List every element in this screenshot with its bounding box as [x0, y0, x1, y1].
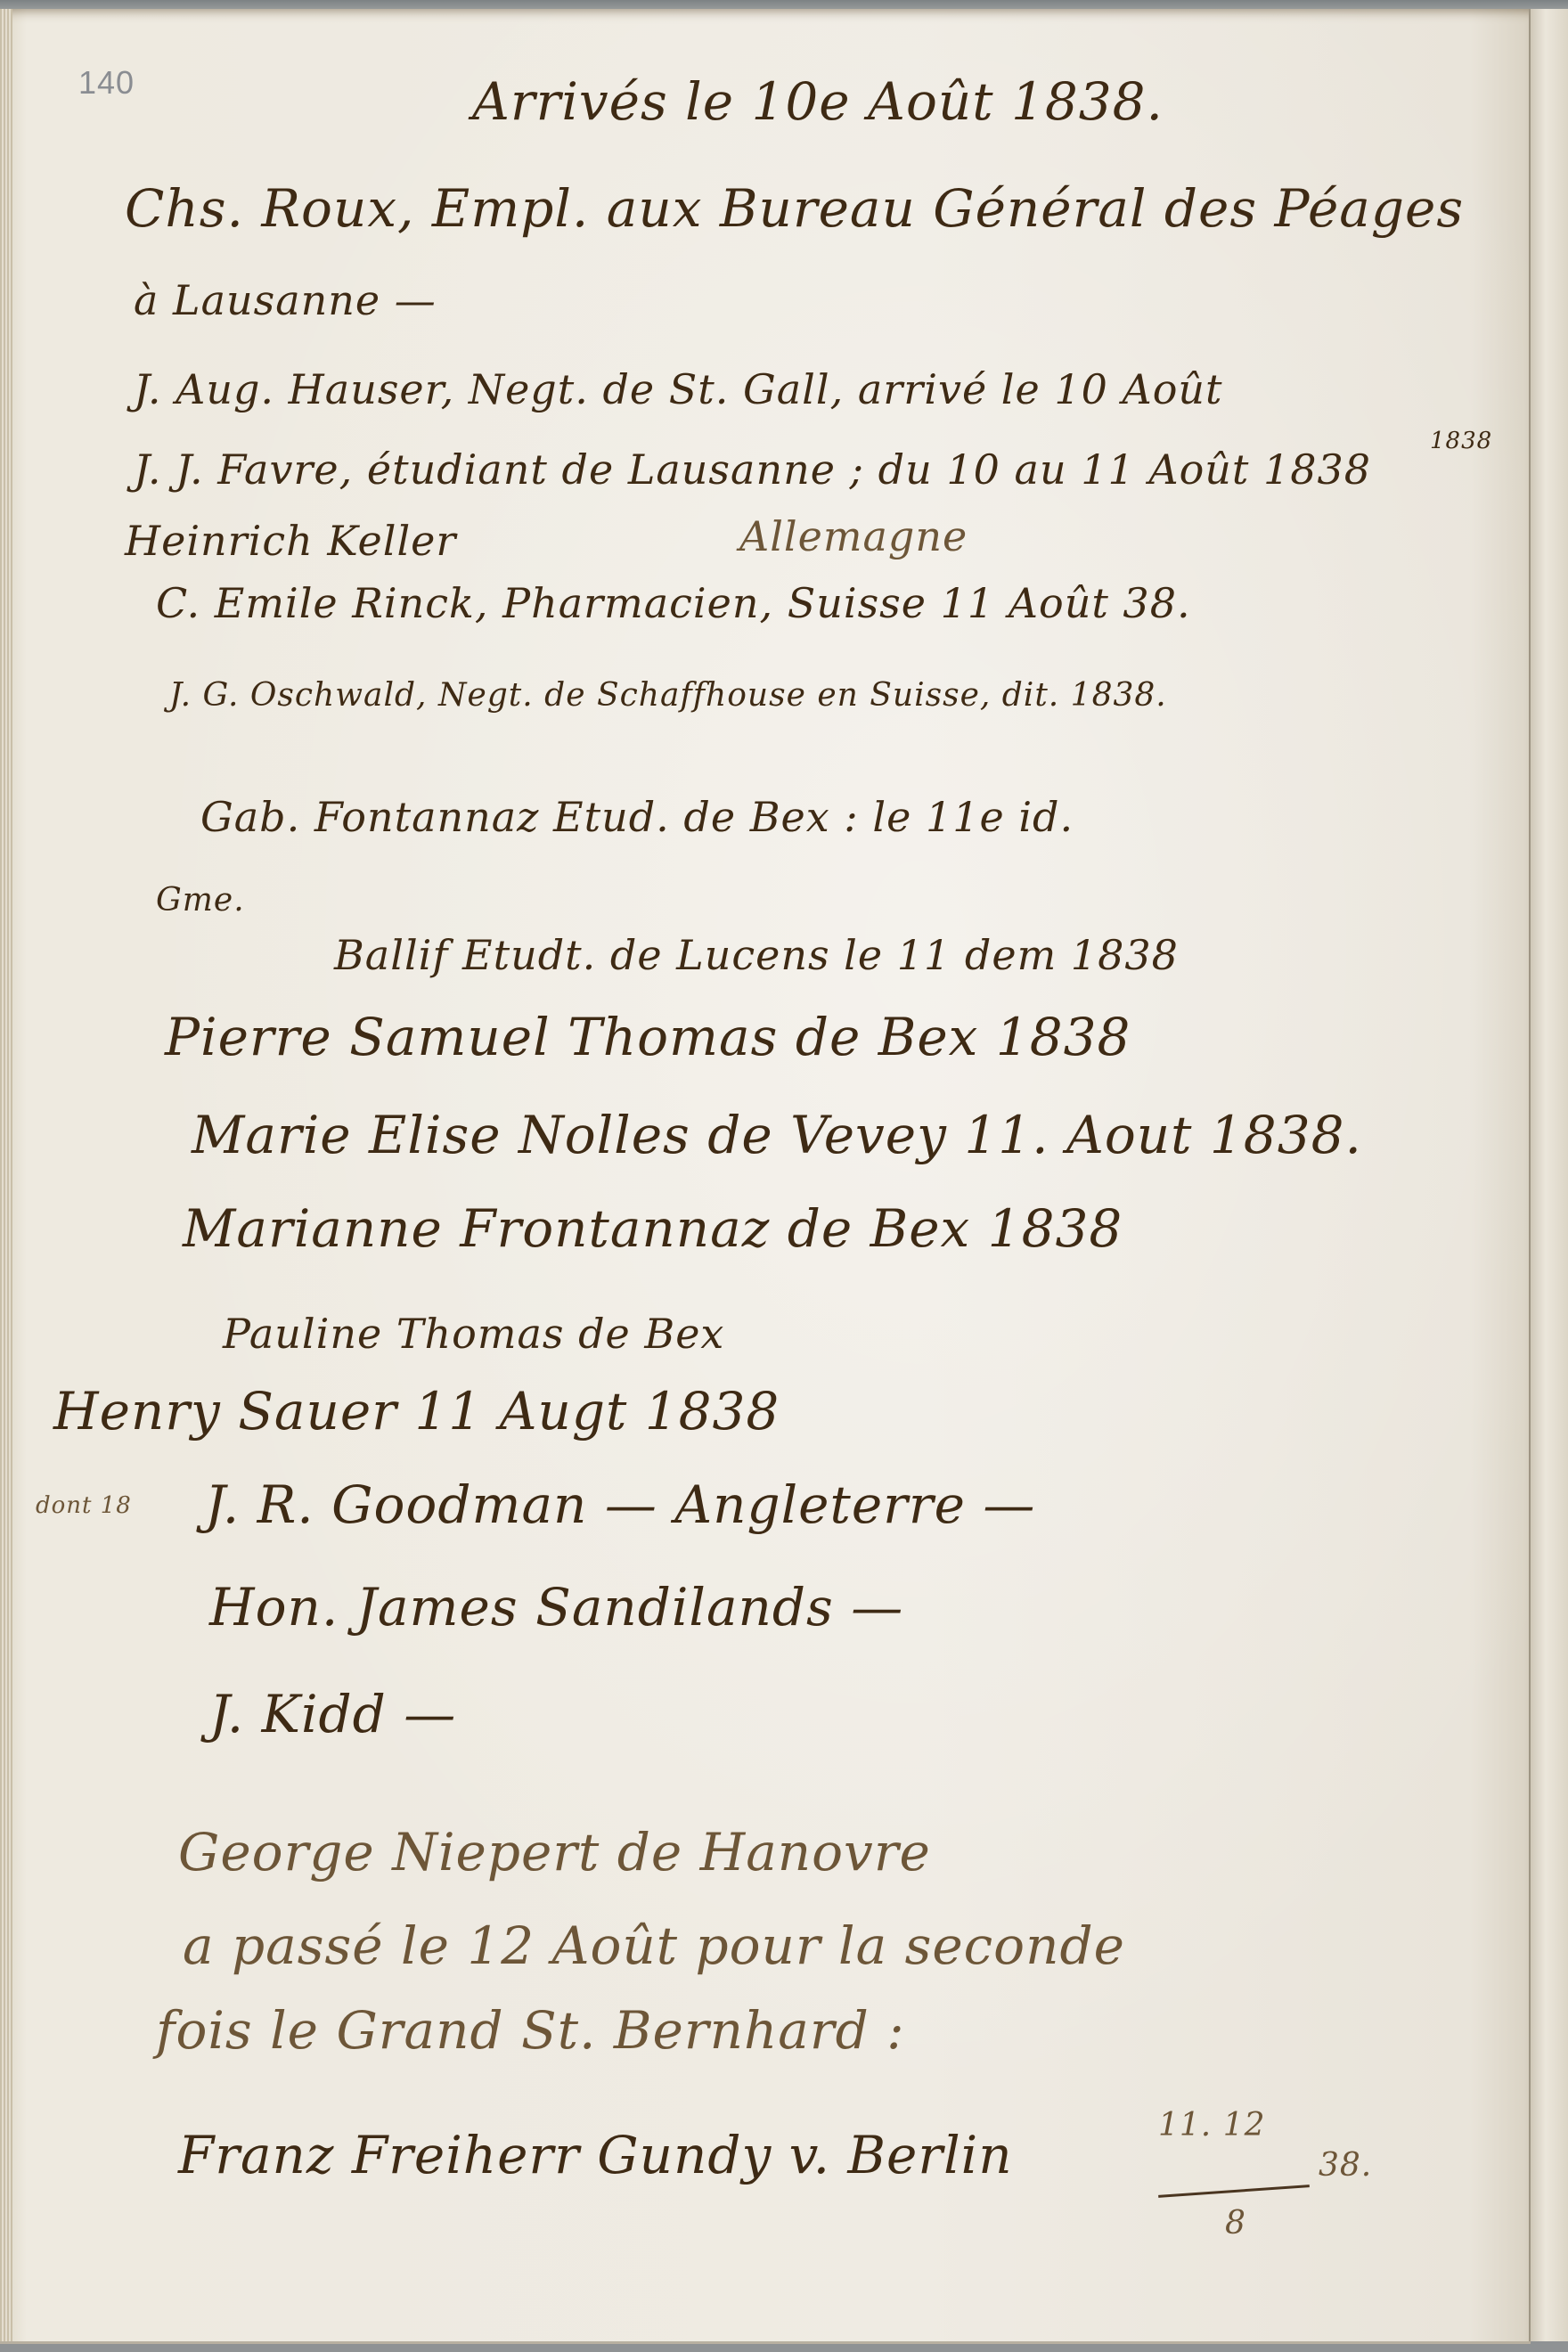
entry-gundy-date-year: 38.	[1319, 2147, 1372, 2184]
entry-favre: J. J. Favre, étudiant de Lausanne ; du 1…	[134, 445, 1371, 494]
entry-niepert-line3: fois le Grand St. Bernhard :	[156, 2000, 905, 2061]
entry-pierre-samuel-thomas: Pierre Samuel Thomas de Bex 1838	[165, 1007, 1131, 1067]
manuscript-page: 140 Arrivés le 10e Août 1838. Chs. Roux,…	[0, 9, 1531, 2344]
page-number: 140	[78, 64, 135, 102]
entry-keller-note: Allemagne	[739, 512, 968, 560]
entry-gundy-date-bottom: 8	[1225, 2205, 1246, 2242]
entry-kidd: J. Kidd —	[209, 1684, 456, 1744]
entry-hauser: J. Aug. Hauser, Negt. de St. Gall, arriv…	[134, 365, 1223, 413]
entry-rinck: C. Emile Rinck, Pharmacien, Suisse 11 Ao…	[156, 579, 1191, 627]
page-heading: Arrivés le 10e Août 1838.	[472, 71, 1164, 132]
entry-ballif: Ballif Etudt. de Lucens le 11 dem 1838	[334, 931, 1179, 979]
entry-roux-continuation: à Lausanne —	[134, 276, 437, 324]
entry-goodman-margin-note: dont 18	[36, 1492, 132, 1519]
entry-niepert: George Niepert de Hanovre	[178, 1822, 931, 1882]
entry-margin-gme: Gme.	[156, 882, 245, 919]
entry-marianne-frontannaz: Marianne Frontannaz de Bex 1838	[183, 1198, 1123, 1259]
entry-pauline-thomas: Pauline Thomas de Bex	[223, 1310, 724, 1358]
entry-goodman: J. R. Goodman — Angleterre —	[205, 1474, 1035, 1535]
entry-marie-elise-nolles: Marie Elise Nolles de Vevey 11. Aout 183…	[192, 1105, 1362, 1165]
entry-fontannaz-gab: Gab. Fontannaz Etud. de Bex : le 11e id.	[200, 793, 1074, 841]
entry-sandilands: Hon. James Sandilands —	[209, 1577, 903, 1637]
entry-niepert-line2: a passé le 12 Août pour la seconde	[183, 1915, 1125, 1976]
entry-keller: Heinrich Keller	[125, 517, 456, 565]
entry-oschwald: J. G. Oschwald, Negt. de Schaffhouse en …	[169, 677, 1167, 714]
entry-gundy: Franz Freiherr Gundy v. Berlin	[178, 2125, 1013, 2185]
next-page-edge	[1529, 9, 1568, 2341]
fraction-bar	[1158, 2185, 1310, 2198]
entry-hauser-year: 1838	[1430, 428, 1492, 454]
entry-gundy-date-top: 11. 12	[1158, 2107, 1266, 2144]
entry-roux: Chs. Roux, Empl. aux Bureau Général des …	[125, 178, 1464, 239]
entry-henry-sauer: Henry Sauer 11 Augt 1838	[53, 1381, 780, 1441]
